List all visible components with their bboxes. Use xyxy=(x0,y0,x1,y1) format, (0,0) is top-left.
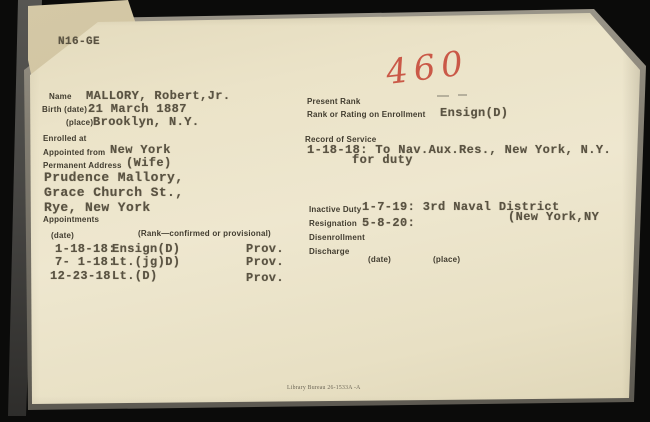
permanent-address-label: Permanent Address xyxy=(43,161,122,170)
record-of-service-line: for duty xyxy=(352,153,413,167)
discharge-date-label: (date) xyxy=(368,255,391,264)
printers-mark: Library Bureau 26-1533A -A xyxy=(287,384,361,391)
enrollment-rank-value: Ensign(D) xyxy=(440,106,508,120)
appointments-label: Appointments xyxy=(43,215,99,224)
appointment-rank: Lt.(jg)D) xyxy=(112,255,180,269)
record-card-photo: N16-GE 460 Name Birth (date) (place) Enr… xyxy=(0,0,650,422)
birth-date-label: Birth (date) xyxy=(42,105,87,114)
address-line: Rye, New York xyxy=(44,200,151,215)
appointments-rank-header: (Rank—confirmed or provisional) xyxy=(138,229,271,238)
handwritten-page-number: 460 xyxy=(384,43,471,93)
birth-place-value: Brooklyn, N.Y. xyxy=(93,115,199,129)
appointment-rank: Ensign(D) xyxy=(112,242,180,256)
name-value: MALLORY, Robert,Jr. xyxy=(86,89,230,103)
appointment-status: Prov. xyxy=(246,255,284,269)
appointment-status: Prov. xyxy=(246,271,284,285)
resignation-label: Resignation xyxy=(309,219,357,228)
appointment-date: 1-18-18: xyxy=(55,242,116,256)
enrolled-at-label: Enrolled at xyxy=(43,134,87,143)
address-line: Prudence Mallory, xyxy=(44,170,183,185)
appointment-status: Prov. xyxy=(246,242,284,256)
pencil-mark xyxy=(458,94,467,96)
resignation-value: 5-8-20: xyxy=(362,216,415,230)
discharge-label: Discharge xyxy=(309,247,349,256)
permanent-address-note: (Wife) xyxy=(126,156,172,170)
enrollment-rank-label: Rank or Rating on Enrollment xyxy=(307,110,426,119)
pencil-mark xyxy=(437,95,449,97)
appointed-from-label: Appointed from xyxy=(43,148,105,157)
inactive-duty-label: Inactive Duty xyxy=(309,205,361,214)
discharge-place-label: (place) xyxy=(433,255,460,264)
card-content: N16-GE 460 Name Birth (date) (place) Enr… xyxy=(0,0,650,422)
file-code: N16-GE xyxy=(58,36,100,48)
present-rank-label: Present Rank xyxy=(307,97,361,106)
appointments-date-header: (date) xyxy=(51,231,74,240)
name-label: Name xyxy=(49,92,72,101)
disenrollment-label: Disenrollment xyxy=(309,233,365,242)
appointment-rank: Lt.(D) xyxy=(112,269,158,283)
birth-date-value: 21 March 1887 xyxy=(88,102,187,116)
appointment-date: 7- 1-18: xyxy=(55,255,116,269)
appointed-from-value: New York xyxy=(110,143,171,157)
birth-place-label: (place) xyxy=(66,118,93,127)
address-line: Grace Church St., xyxy=(44,185,183,200)
appointment-date: 12-23-18 xyxy=(50,269,111,283)
inactive-duty-cont: (New York,NY xyxy=(508,210,599,224)
